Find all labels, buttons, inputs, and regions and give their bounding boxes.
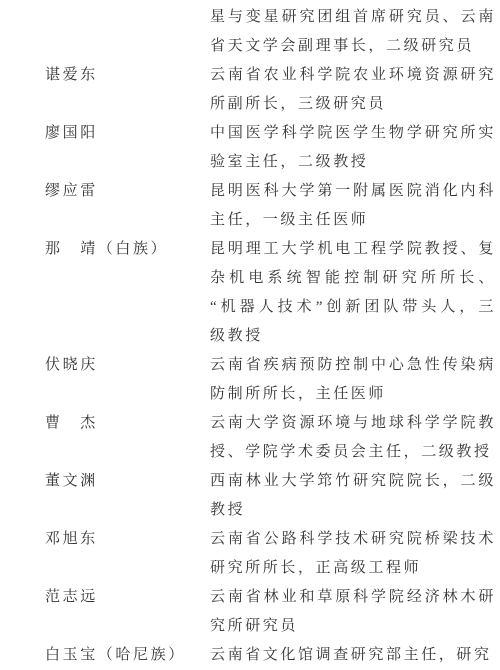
description-line: 研究所所长，正高级工程师 [210,554,496,583]
description-line: 昆明医科大学第一附属医院消化内科 [210,177,496,206]
roster-list: 星与变星研究团组首席研究员、云南省天文学会副理事长，二级研究员 谌爱东 云南省农… [0,3,500,670]
roster-entry: 伏晓庆 云南省疾病预防控制中心急性传染病防制所所长，主任医师 [0,351,500,409]
person-name: 廖国阳 [0,119,210,148]
description-line: 究所研究员 [210,612,496,641]
description-line: 教授 [210,496,496,525]
person-name: 范志远 [0,583,210,612]
description-line: 验室主任，二级教授 [210,148,496,177]
person-name: 曹 杰 [0,409,210,438]
description-line: 主任，一级主任医师 [210,206,496,235]
description-line: 昆明理工大学机电工程学院教授、复 [210,235,496,264]
description-line: 授、学院学术委员会主任，二级教授 [210,438,496,467]
description-line: 防制所所长，主任医师 [210,380,496,409]
description-line: 云南省林业和草原科学院经济林木研 [210,583,496,612]
roster-entry: 廖国阳 中国医学科学院医学生物学研究所实验室主任，二级教授 [0,119,500,177]
person-name: 董文渊 [0,467,210,496]
roster-entry: 董文渊 西南林业大学筇竹研究院院长，二级教授 [0,467,500,525]
roster-entry: 白玉宝（哈尼族） 云南省文化馆调查研究部主任，研究 [0,641,500,670]
description-line: 星与变星研究团组首席研究员、云南 [210,3,496,32]
person-name: 缪应雷 [0,177,210,206]
person-description: 云南省公路科学技术研究院桥梁技术研究所所长，正高级工程师 [210,525,496,583]
person-description: 西南林业大学筇竹研究院院长，二级教授 [210,467,496,525]
person-description: 云南省农业科学院农业环境资源研究所副所长，三级研究员 [210,61,496,119]
roster-entry: 星与变星研究团组首席研究员、云南省天文学会副理事长，二级研究员 [0,3,500,61]
description-line: 级教授 [210,322,496,351]
description-line: 所副所长，三级研究员 [210,90,496,119]
person-name: 谌爱东 [0,61,210,90]
person-name: 那 靖（白族） [0,235,210,264]
document-page: 星与变星研究团组首席研究员、云南省天文学会副理事长，二级研究员 谌爱东 云南省农… [0,0,500,670]
person-description: 云南大学资源环境与地球科学学院教授、学院学术委员会主任，二级教授 [210,409,496,467]
person-name: 白玉宝（哈尼族） [0,641,210,670]
person-description: 昆明医科大学第一附属医院消化内科主任，一级主任医师 [210,177,496,235]
roster-entry: 那 靖（白族） 昆明理工大学机电工程学院教授、复杂机电系统智能控制研究所所长、“… [0,235,500,351]
description-line: 杂机电系统智能控制研究所所长、 [210,264,496,293]
person-description: 云南省疾病预防控制中心急性传染病防制所所长，主任医师 [210,351,496,409]
description-line: 省天文学会副理事长，二级研究员 [210,32,496,61]
person-description: 星与变星研究团组首席研究员、云南省天文学会副理事长，二级研究员 [210,3,496,61]
person-description: 昆明理工大学机电工程学院教授、复杂机电系统智能控制研究所所长、“机器人技术”创新… [210,235,496,351]
roster-entry: 邓旭东 云南省公路科学技术研究院桥梁技术研究所所长，正高级工程师 [0,525,500,583]
description-line: 云南省农业科学院农业环境资源研究 [210,61,496,90]
roster-entry: 范志远 云南省林业和草原科学院经济林木研究所研究员 [0,583,500,641]
roster-entry: 缪应雷 昆明医科大学第一附属医院消化内科主任，一级主任医师 [0,177,500,235]
person-name: 邓旭东 [0,525,210,554]
description-line: 西南林业大学筇竹研究院院长，二级 [210,467,496,496]
description-line: 中国医学科学院医学生物学研究所实 [210,119,496,148]
description-line: 云南省疾病预防控制中心急性传染病 [210,351,496,380]
person-description: 云南省文化馆调查研究部主任，研究 [210,641,496,670]
description-line: 云南省公路科学技术研究院桥梁技术 [210,525,496,554]
person-description: 云南省林业和草原科学院经济林木研究所研究员 [210,583,496,641]
description-line: 云南大学资源环境与地球科学学院教 [210,409,496,438]
person-name: 伏晓庆 [0,351,210,380]
description-line: 云南省文化馆调查研究部主任，研究 [210,641,496,670]
person-description: 中国医学科学院医学生物学研究所实验室主任，二级教授 [210,119,496,177]
roster-entry: 谌爱东 云南省农业科学院农业环境资源研究所副所长，三级研究员 [0,61,500,119]
description-line: “机器人技术”创新团队带头人，三 [210,293,496,322]
roster-entry: 曹 杰 云南大学资源环境与地球科学学院教授、学院学术委员会主任，二级教授 [0,409,500,467]
